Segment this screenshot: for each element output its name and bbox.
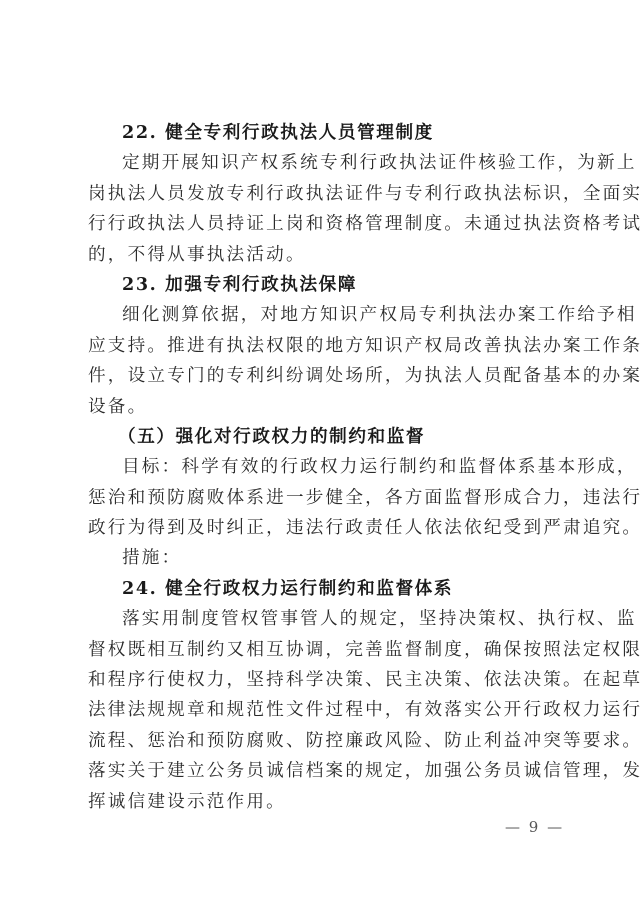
paragraph-line: 惩治和预防腐败体系进一步健全，各方面监督形成合力，违法行 [88, 483, 558, 513]
document-page: 22. 健全专利行政执法人员管理制度 定期开展知识产权系统专利行政执法证件核验工… [88, 118, 558, 817]
paragraph-line: 落实用制度管权管事管人的规定，坚持决策权、执行权、监 [88, 604, 558, 634]
paragraph-line: 应支持。推进有执法权限的地方知识产权局改善执法办案工作条 [88, 331, 558, 361]
paragraph-line: 措施： [88, 543, 558, 573]
paragraph-line: 落实关于建立公务员诚信档案的规定，加强公务员诚信管理，发 [88, 756, 558, 786]
section-heading-22: 22. 健全专利行政执法人员管理制度 [88, 118, 558, 148]
paragraph-line: 细化测算依据，对地方知识产权局专利执法办案工作给予相 [88, 300, 558, 330]
page-number: — 9 — [505, 818, 564, 836]
paragraph-line: 岗执法人员发放专利行政执法证件与专利行政执法标识，全面实 [88, 179, 558, 209]
paragraph-line: 目标：科学有效的行政权力运行制约和监督体系基本形成， [88, 452, 558, 482]
paragraph-line: 定期开展知识产权系统专利行政执法证件核验工作，为新上 [88, 148, 558, 178]
paragraph-line: 和程序行使权力，坚持科学决策、民主决策、依法决策。在起草 [88, 665, 558, 695]
paragraph-line: 政行为得到及时纠正，违法行政责任人依法依纪受到严肃追究。 [88, 513, 558, 543]
paragraph-line: 设备。 [88, 392, 558, 422]
paragraph-line: 法律法规规章和规范性文件过程中，有效落实公开行政权力运行 [88, 695, 558, 725]
paragraph-line: 挥诚信建设示范作用。 [88, 787, 558, 817]
paragraph-line: 的，不得从事执法活动。 [88, 240, 558, 270]
paragraph-line: 件，设立专门的专利纠纷调处场所，为执法人员配备基本的办案 [88, 361, 558, 391]
section-heading-5: （五）强化对行政权力的制约和监督 [88, 422, 558, 452]
paragraph-line: 流程、惩治和预防腐败、防控廉政风险、防止利益冲突等要求。 [88, 726, 558, 756]
section-heading-23: 23. 加强专利行政执法保障 [88, 270, 558, 300]
paragraph-line: 督权既相互制约又相互协调，完善监督制度，确保按照法定权限 [88, 635, 558, 665]
section-heading-24: 24. 健全行政权力运行制约和监督体系 [88, 574, 558, 604]
paragraph-line: 行行政执法人员持证上岗和资格管理制度。未通过执法资格考试 [88, 209, 558, 239]
